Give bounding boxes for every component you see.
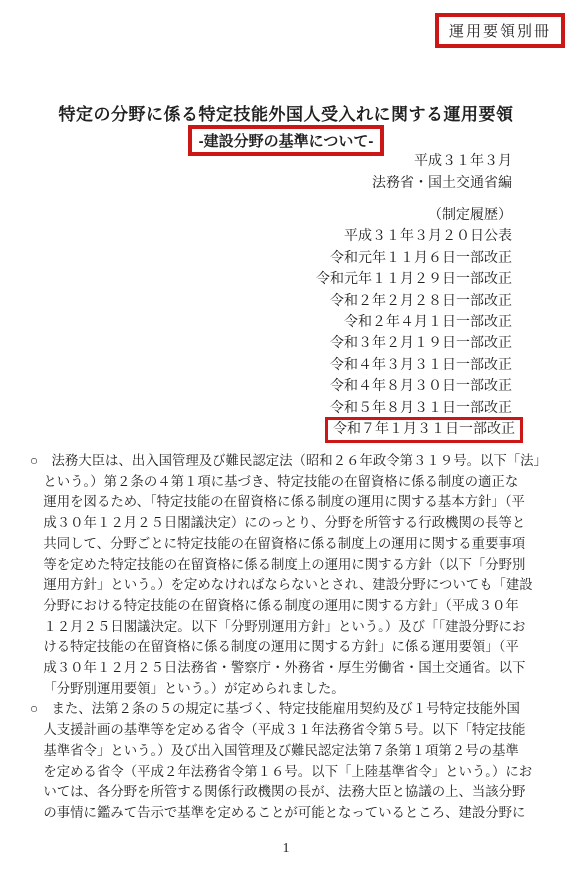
corner-label-box: 運用要領別冊 (435, 13, 565, 48)
history-item-highlighted-box: 令和７年１月３１日一部改正 (325, 417, 523, 443)
history-item: 令和４年８月３０日一部改正 (0, 376, 512, 397)
document-page: 運用要領別冊 特定の分野に係る特定技能外国人受入れに関する運用要領 -建設分野の… (0, 0, 572, 888)
history-item: 平成３１年３月２０日公表 (0, 226, 512, 247)
editors: 法務省・国土交通省編 (0, 173, 512, 195)
revision-history: （制定履歴） 平成３１年３月２０日公表 令和元年１１月６日一部改正 令和元年１１… (0, 205, 512, 441)
history-item-highlighted: 令和７年１月３１日一部改正 (333, 422, 515, 437)
history-item: 令和元年１１月２９日一部改正 (0, 269, 512, 290)
history-item: 令和３年２月１９日一部改正 (0, 333, 512, 354)
history-item: 令和５年８月３１日一部改正 (0, 398, 512, 419)
history-item: 令和元年１１月６日一部改正 (0, 248, 512, 269)
history-item-highlighted-row: 令和７年１月３１日一部改正 (0, 419, 512, 441)
history-item: 令和２年４月１日一部改正 (0, 312, 512, 333)
body-paragraph-2: ○ また、法第２条の５の規定に基づく、特定技能雇用契約及び１号特定技能外国 人支… (30, 699, 558, 823)
document-title: 特定の分野に係る特定技能外国人受入れに関する運用要領 (0, 100, 572, 125)
publication-date: 平成３１年３月 (0, 151, 512, 173)
history-item: 令和２年２月２８日一部改正 (0, 291, 512, 312)
byline: 平成３１年３月 法務省・国土交通省編 (0, 151, 512, 195)
history-heading: （制定履歴） (0, 205, 512, 226)
body-paragraph-1: ○ 法務大臣は、出入国管理及び難民認定法（昭和２６年政令第３１９号。以下「法」 … (30, 451, 558, 699)
page-number: 1 (0, 841, 572, 857)
corner-label: 運用要領別冊 (449, 23, 551, 40)
history-item: 令和４年３月３１日一部改正 (0, 355, 512, 376)
document-body: ○ 法務大臣は、出入国管理及び難民認定法（昭和２６年政令第３１９号。以下「法」 … (30, 451, 558, 824)
document-subtitle: -建設分野の基準について- (199, 133, 374, 150)
